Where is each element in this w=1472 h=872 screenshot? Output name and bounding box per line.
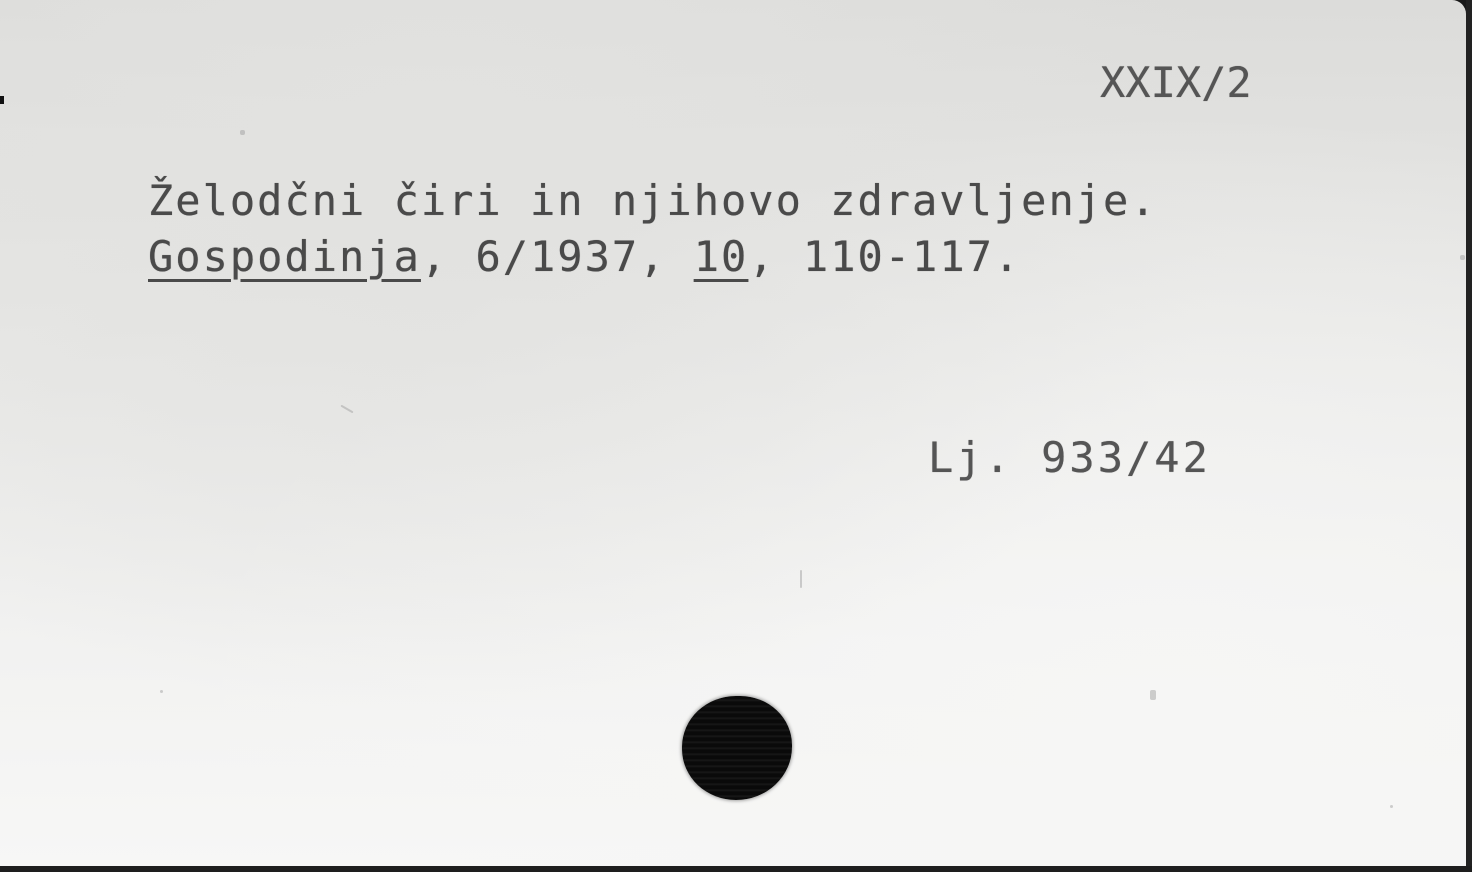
article-title: Želodčni čiri in njihovo zdravljenje.	[148, 176, 1158, 225]
paper-speck	[1460, 255, 1465, 260]
catalog-card: XXIX/2 Želodčni čiri in njihovo zdravlje…	[0, 0, 1466, 866]
issue-year: 6/1937	[475, 232, 639, 281]
shelfmark: Lj. 933/42	[928, 433, 1211, 482]
card-edge-right	[1466, 0, 1472, 872]
volume-number: 10	[694, 232, 749, 281]
paper-speck	[340, 405, 353, 414]
call-number: XXIX/2	[1100, 58, 1252, 107]
paper-speck	[240, 130, 245, 135]
paper-speck	[800, 570, 802, 588]
citation-separator: ,	[421, 232, 476, 281]
paper-speck	[160, 690, 163, 693]
punch-hole	[682, 696, 792, 800]
source-citation: Gospodinja, 6/1937, 10, 110-117.	[148, 232, 1021, 281]
paper-speck	[1390, 805, 1393, 808]
page-range: 110-117.	[803, 232, 1021, 281]
paper-speck	[1150, 690, 1156, 700]
citation-separator: ,	[639, 232, 694, 281]
citation-separator: ,	[748, 232, 803, 281]
card-edge-bottom	[0, 866, 1472, 872]
card-edge-mark	[0, 96, 4, 104]
periodical-name: Gospodinja	[148, 232, 421, 281]
